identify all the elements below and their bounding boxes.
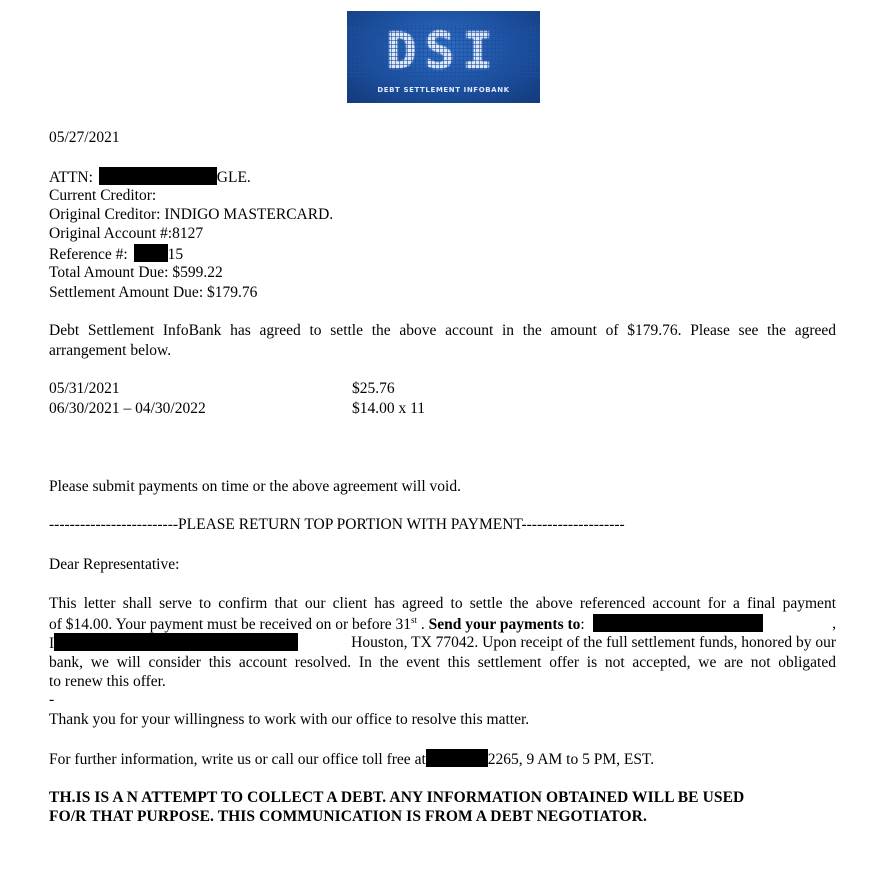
contact-line: For further information, write us or cal… xyxy=(49,749,654,770)
colon: : xyxy=(580,616,584,633)
company-logo: DSI DEBT SETTLEMENT INFOBANK xyxy=(347,11,540,103)
deadline-text: of $14.00. Your payment must be received… xyxy=(49,616,411,633)
body-line-2: of $14.00. Your payment must be received… xyxy=(49,614,836,635)
schedule-date-1: 05/31/2021 xyxy=(49,379,120,399)
body-line-3: I Houston, TX 77042. Upon receipt of the… xyxy=(49,633,836,654)
settlement-amount-due: Settlement Amount Due: $179.76 xyxy=(49,283,257,303)
logo-subtitle: DEBT SETTLEMENT INFOBANK xyxy=(347,81,540,101)
attn-suffix: GLE. xyxy=(217,169,251,186)
body-line-4: bank, we will consider this account reso… xyxy=(49,653,836,673)
original-creditor: Original Creditor: INDIGO MASTERCARD. xyxy=(49,205,333,225)
redacted-reference xyxy=(134,244,168,262)
schedule-amount-1: $25.76 xyxy=(352,379,395,399)
letter-date: 05/27/2021 xyxy=(49,128,120,148)
period: . xyxy=(417,616,429,633)
intro-line-1: Debt Settlement InfoBank has agreed to s… xyxy=(49,321,836,341)
original-account: Original Account #:8127 xyxy=(49,224,203,244)
redacted-name xyxy=(99,167,217,185)
contact-suffix: 2265, 9 AM to 5 PM, EST. xyxy=(488,751,654,768)
body-line-5: to renew this offer. xyxy=(49,672,166,692)
attn-line: ATTN: GLE. xyxy=(49,167,251,188)
redacted-phone xyxy=(426,749,488,767)
disclaimer-line-2: FO/R THAT PURPOSE. THIS COMMUNICATION IS… xyxy=(49,807,647,827)
reference-suffix: 15 xyxy=(168,246,184,263)
stray-dash: - xyxy=(49,690,54,710)
intro-paragraph: Debt Settlement InfoBank has agreed to s… xyxy=(49,321,836,360)
disclaimer-line-1: TH.IS IS A N ATTEMPT TO COLLECT A DEBT. … xyxy=(49,788,744,808)
warning-text: Please submit payments on time or the ab… xyxy=(49,477,461,497)
reference-label: Reference #: xyxy=(49,246,128,263)
send-payments-label: Send your payments to xyxy=(429,616,581,633)
line-2-comma: , xyxy=(832,614,836,635)
salutation: Dear Representative: xyxy=(49,555,179,575)
redacted-payee xyxy=(593,614,763,632)
contact-prefix: For further information, write us or cal… xyxy=(49,751,426,768)
return-portion-divider: -------------------------PLEASE RETURN T… xyxy=(49,515,625,535)
body-paragraph: This letter shall serve to confirm that … xyxy=(49,594,836,614)
reference-line: Reference #: 15 xyxy=(49,244,183,265)
intro-line-2: arrangement below. xyxy=(49,341,836,361)
attn-label: ATTN: xyxy=(49,169,93,186)
address-city-text: Houston, TX 77042. Upon receipt of the f… xyxy=(351,633,836,654)
logo-letters: DSI xyxy=(347,25,540,77)
body-line-4-wrap: bank, we will consider this account reso… xyxy=(49,653,836,673)
redacted-address xyxy=(54,633,298,651)
total-amount-due: Total Amount Due: $599.22 xyxy=(49,263,223,283)
body-line-2-text: of $14.00. Your payment must be received… xyxy=(49,614,763,635)
body-line-3-start: I xyxy=(49,633,298,654)
thank-you-text: Thank you for your willingness to work w… xyxy=(49,710,529,730)
schedule-amount-2: $14.00 x 11 xyxy=(352,399,425,419)
current-creditor: Current Creditor: xyxy=(49,186,156,206)
schedule-date-2: 06/30/2021 – 04/30/2022 xyxy=(49,399,206,419)
body-line-1: This letter shall serve to confirm that … xyxy=(49,594,836,614)
